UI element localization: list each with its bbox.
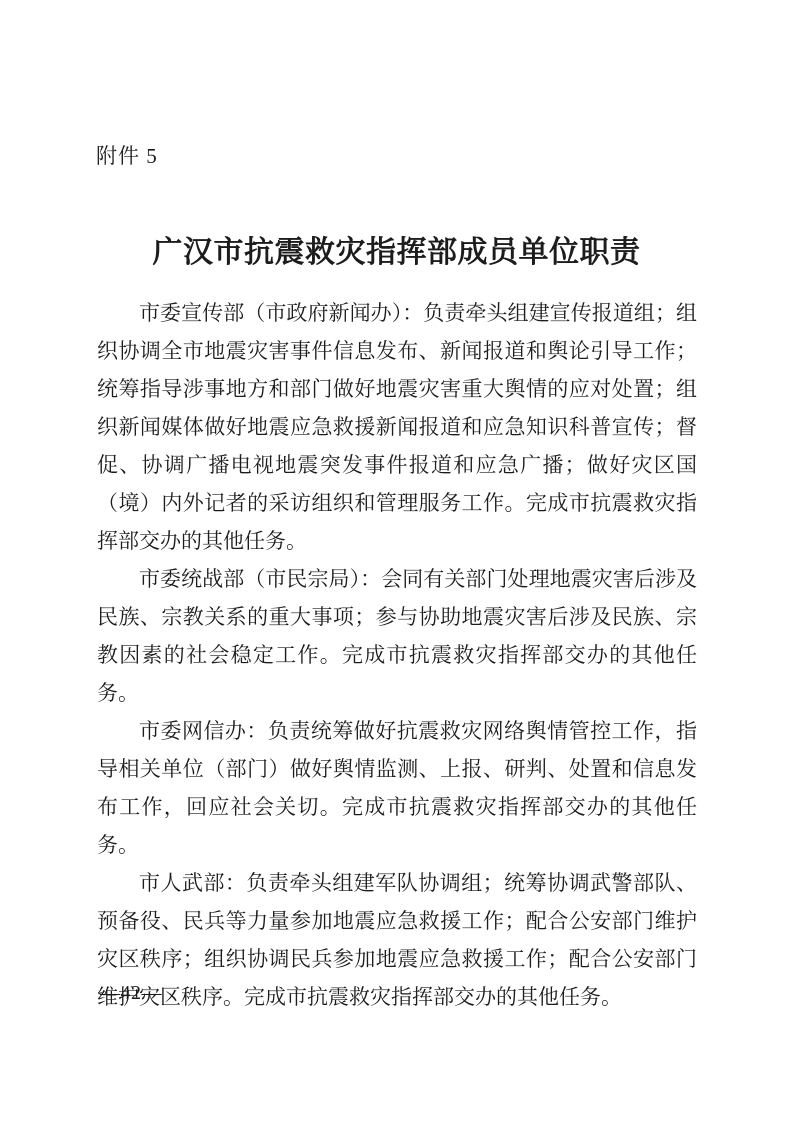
paragraph-military-dept: 市人武部：负责牵头组建军队协调组；统筹协调武警部队、预备役、民兵等力量参加地震应… bbox=[97, 864, 697, 1016]
document-body: 市委宣传部（市政府新闻办）：负责牵头组建宣传报道组；组织协调全市地震灾害事件信息… bbox=[97, 294, 697, 1016]
paragraph-united-front-dept: 市委统战部（市民宗局）：会同有关部门处理地震灾害后涉及民族、宗教关系的重大事项；… bbox=[97, 560, 697, 712]
page-number: —42— bbox=[100, 982, 162, 1005]
paragraph-propaganda-dept: 市委宣传部（市政府新闻办）：负责牵头组建宣传报道组；组织协调全市地震灾害事件信息… bbox=[97, 294, 697, 560]
attachment-label: 附件 5 bbox=[96, 142, 158, 170]
document-page: 附件 5 广汉市抗震救灾指挥部成员单位职责 市委宣传部（市政府新闻办）：负责牵头… bbox=[0, 0, 793, 1122]
page-title: 广汉市抗震救灾指挥部成员单位职责 bbox=[0, 233, 793, 273]
paragraph-cyberspace-office: 市委网信办：负责统筹做好抗震救灾网络舆情管控工作，指导相关单位（部门）做好舆情监… bbox=[97, 712, 697, 864]
